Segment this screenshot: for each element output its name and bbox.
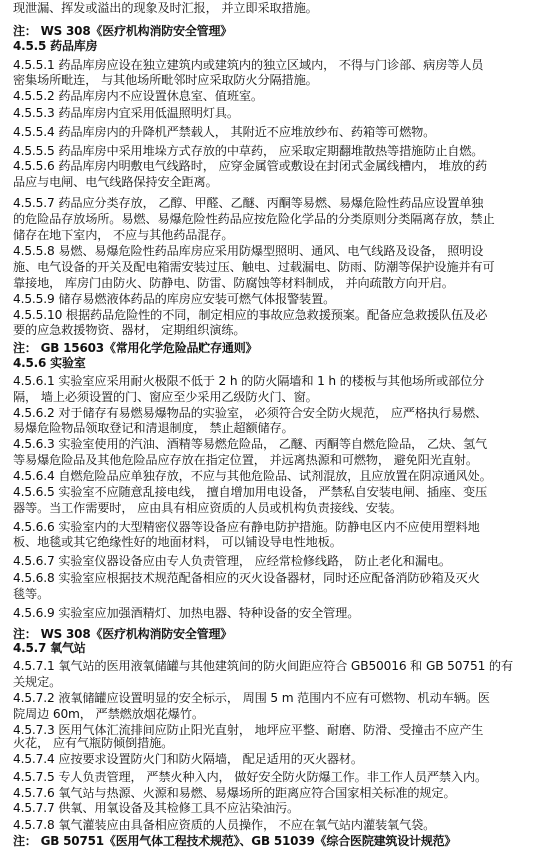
clause-text-line: 4.5.7.8 氧气灌装应由具备相应资质的人员操作， 不应在氧气站内灌装氧气袋。: [13, 818, 435, 833]
clause-text-line: 器等。当工作需要时， 应由具有相应资质的人员或机构负责接线、安装。: [13, 501, 402, 516]
clause-text-line: 4.5.5.4 药品库房内的升降机严禁载人， 其附近不应堆放纱布、药箱等可燃物。: [13, 125, 435, 140]
clause-text-line: 4.5.6.7 实验室仪器设备应由专人负责管理， 应经常检修线路， 防止老化和漏…: [13, 554, 451, 569]
clause-text-line: 隔， 墙上必须设置的门、窗应至少采用乙级防火门、窗。: [13, 390, 318, 405]
clause-text-line: 4.5.7.2 液氧储罐应设置明显的安全标示， 周围 5 m 范围内不应有可燃物…: [13, 691, 490, 706]
clause-text-line: 施、电气设备的开关及配电箱需安装过压、触电、过载漏电、防雨、防潮等保护设施并有可: [13, 260, 495, 275]
standard-reference-note: 注： GB 50751《医用气体工程技术规范》、GB 51039《综合医院建筑设…: [13, 834, 456, 847]
clause-text-line: 4.5.5.7 药品应分类存放， 乙醇、甲醛、乙醚、丙酮等易燃、易爆危险性药品应…: [13, 196, 483, 211]
clause-text-line: 等易爆危险品及其他危险品应存放在指定位置， 并远离热源和可燃物， 避免阳光直射。: [13, 453, 478, 468]
clause-text-line: 4.5.6.1 实验室应采用耐火极限不低于 2 h 的防火隔墙和 1 h 的楼板…: [13, 374, 484, 389]
clause-text-line: 储存在地下室内， 不应与其他药品混存。: [13, 228, 233, 243]
clause-text-line: 4.5.5.2 药品库房内不应设置休息室、值班室。: [13, 89, 263, 104]
clause-text-line: 4.5.5.1 药品库房应设在独立建筑内或建筑内的独立区域内， 不得与门诊部、病…: [13, 58, 483, 73]
clause-text-line: 4.5.5.6 药品库房内明敷电气线路时， 应穿金属管或敷设在封闭式金属线槽内，…: [13, 159, 487, 174]
clause-text-line: 毯等。: [13, 587, 49, 602]
clause-text-line: 火花， 应有气瓶防倾倒措施。: [13, 736, 173, 751]
clause-text-line: 4.5.6.2 对于储存有易燃易爆物品的实验室， 必须符合安全防火规范， 应严格…: [13, 406, 487, 421]
clause-text-line: 4.5.6.3 实验室使用的汽油、酒精等易燃危险品， 乙醚、丙酮等自燃危险品， …: [13, 437, 487, 452]
clause-text-line: 要的应急救援物资、器材， 定期组织演练。: [13, 323, 245, 338]
clause-text-line: 4.5.7.5 专人负责管理， 严禁火种入内， 做好安全防火防爆工作。非工作人员…: [13, 770, 487, 785]
standard-reference-note: 注： WS 308《医疗机构消防安全管理》: [13, 24, 232, 39]
clause-text-line: 品应与电闸、电气线路保持安全距离。: [13, 175, 218, 190]
clause-text-line: 4.5.6.9 实验室应加强酒精灯、加热电器、特种设备的安全管理。: [13, 606, 359, 621]
clause-text-line: 4.5.5.8 易燃、易爆危险性药品库房应采用防爆型照明、通风、电气线路及设备，…: [13, 244, 483, 259]
clause-text-line: 易爆危险物品领取登记和清退制度， 禁止超额储存。: [13, 421, 294, 436]
clause-text-line: 4.5.6.4 自燃危险品应单独存放，不应与其他危险品、试剂混放，且应放置在阴凉…: [13, 469, 492, 484]
clause-text-line: 4.5.6.6 实验室内的大型精密仪器等设备应有静电防护措施。防静电区内不应使用…: [13, 520, 480, 535]
clause-text-line: 4.5.5.9 储存易燃液体药品的库房应安装可燃气体报警装置。: [13, 292, 335, 307]
clause-text-line: 4.5.7.7 供氧、用氧设备及其检修工具不应沾染油污。: [13, 801, 299, 816]
section-heading: 4.5.7 氧气站: [13, 641, 86, 656]
clause-text-line: 板、地毯或其它绝缘性好的地面材料， 可以铺设导电性地板。: [13, 535, 342, 550]
clause-text-line: 4.5.6.5 实验室不应随意乱接电线， 擅自增加用电设备， 严禁私自安装电闸、…: [13, 485, 487, 500]
clause-text-line: 密集场所毗连， 与其他场所毗邻时应采取防火分隔措施。: [13, 73, 318, 88]
section-heading: 4.5.6 实验室: [13, 356, 86, 371]
clause-text-line: 4.5.7.6 氧气站与热源、火源和易燃、易爆场所的距离应符合国家相关标准的规定…: [13, 786, 456, 801]
standard-reference-note: 注： GB 15603《常用化学危险品贮存通则》: [13, 341, 257, 356]
clause-text-line: 4.5.5.5 药品库房中采用堆垛方式存放的中草药， 应采取定期翻堆散热等措施防…: [13, 144, 483, 159]
clause-text-line: 4.5.7.4 应按要求设置防火门和防火隔墙， 配足适用的灭火器材。: [13, 752, 363, 767]
clause-text-line: 现泄漏、挥发或溢出的现象及时汇报， 并立即采取措施。: [13, 1, 318, 16]
clause-text-line: 关规定。: [13, 675, 61, 690]
section-heading: 4.5.5 药品库房: [13, 39, 97, 54]
clause-text-line: 4.5.6.8 实验室应根据技术规范配备相应的灭火设备器材，同时还应配备消防砂箱…: [13, 571, 480, 586]
clause-text-line: 院周边 60m， 严禁燃放烟花爆竹。: [13, 707, 204, 722]
clause-text-line: 4.5.5.3 药品库房内宜采用低温照明灯具。: [13, 106, 239, 121]
standard-reference-note: 注： WS 308《医疗机构消防安全管理》: [13, 627, 232, 642]
clause-text-line: 4.5.7.1 氧气站的医用液氧储罐与其他建筑间的防火间距应符合 GB50016…: [13, 659, 513, 674]
clause-text-line: 4.5.5.10 根据药品危险性的不同，制定相应的事故应急救援预案。配备应急救援…: [13, 308, 487, 323]
clause-text-line: 靠接地， 库房门由防火、防静电、防雷、防腐蚀等材料制成， 并向疏散方向开启。: [13, 276, 454, 291]
clause-text-line: 的危险品存放场所。易燃、易爆危险性药品应按危险化学品的分类原则分类隔离存放，禁止: [13, 212, 495, 227]
